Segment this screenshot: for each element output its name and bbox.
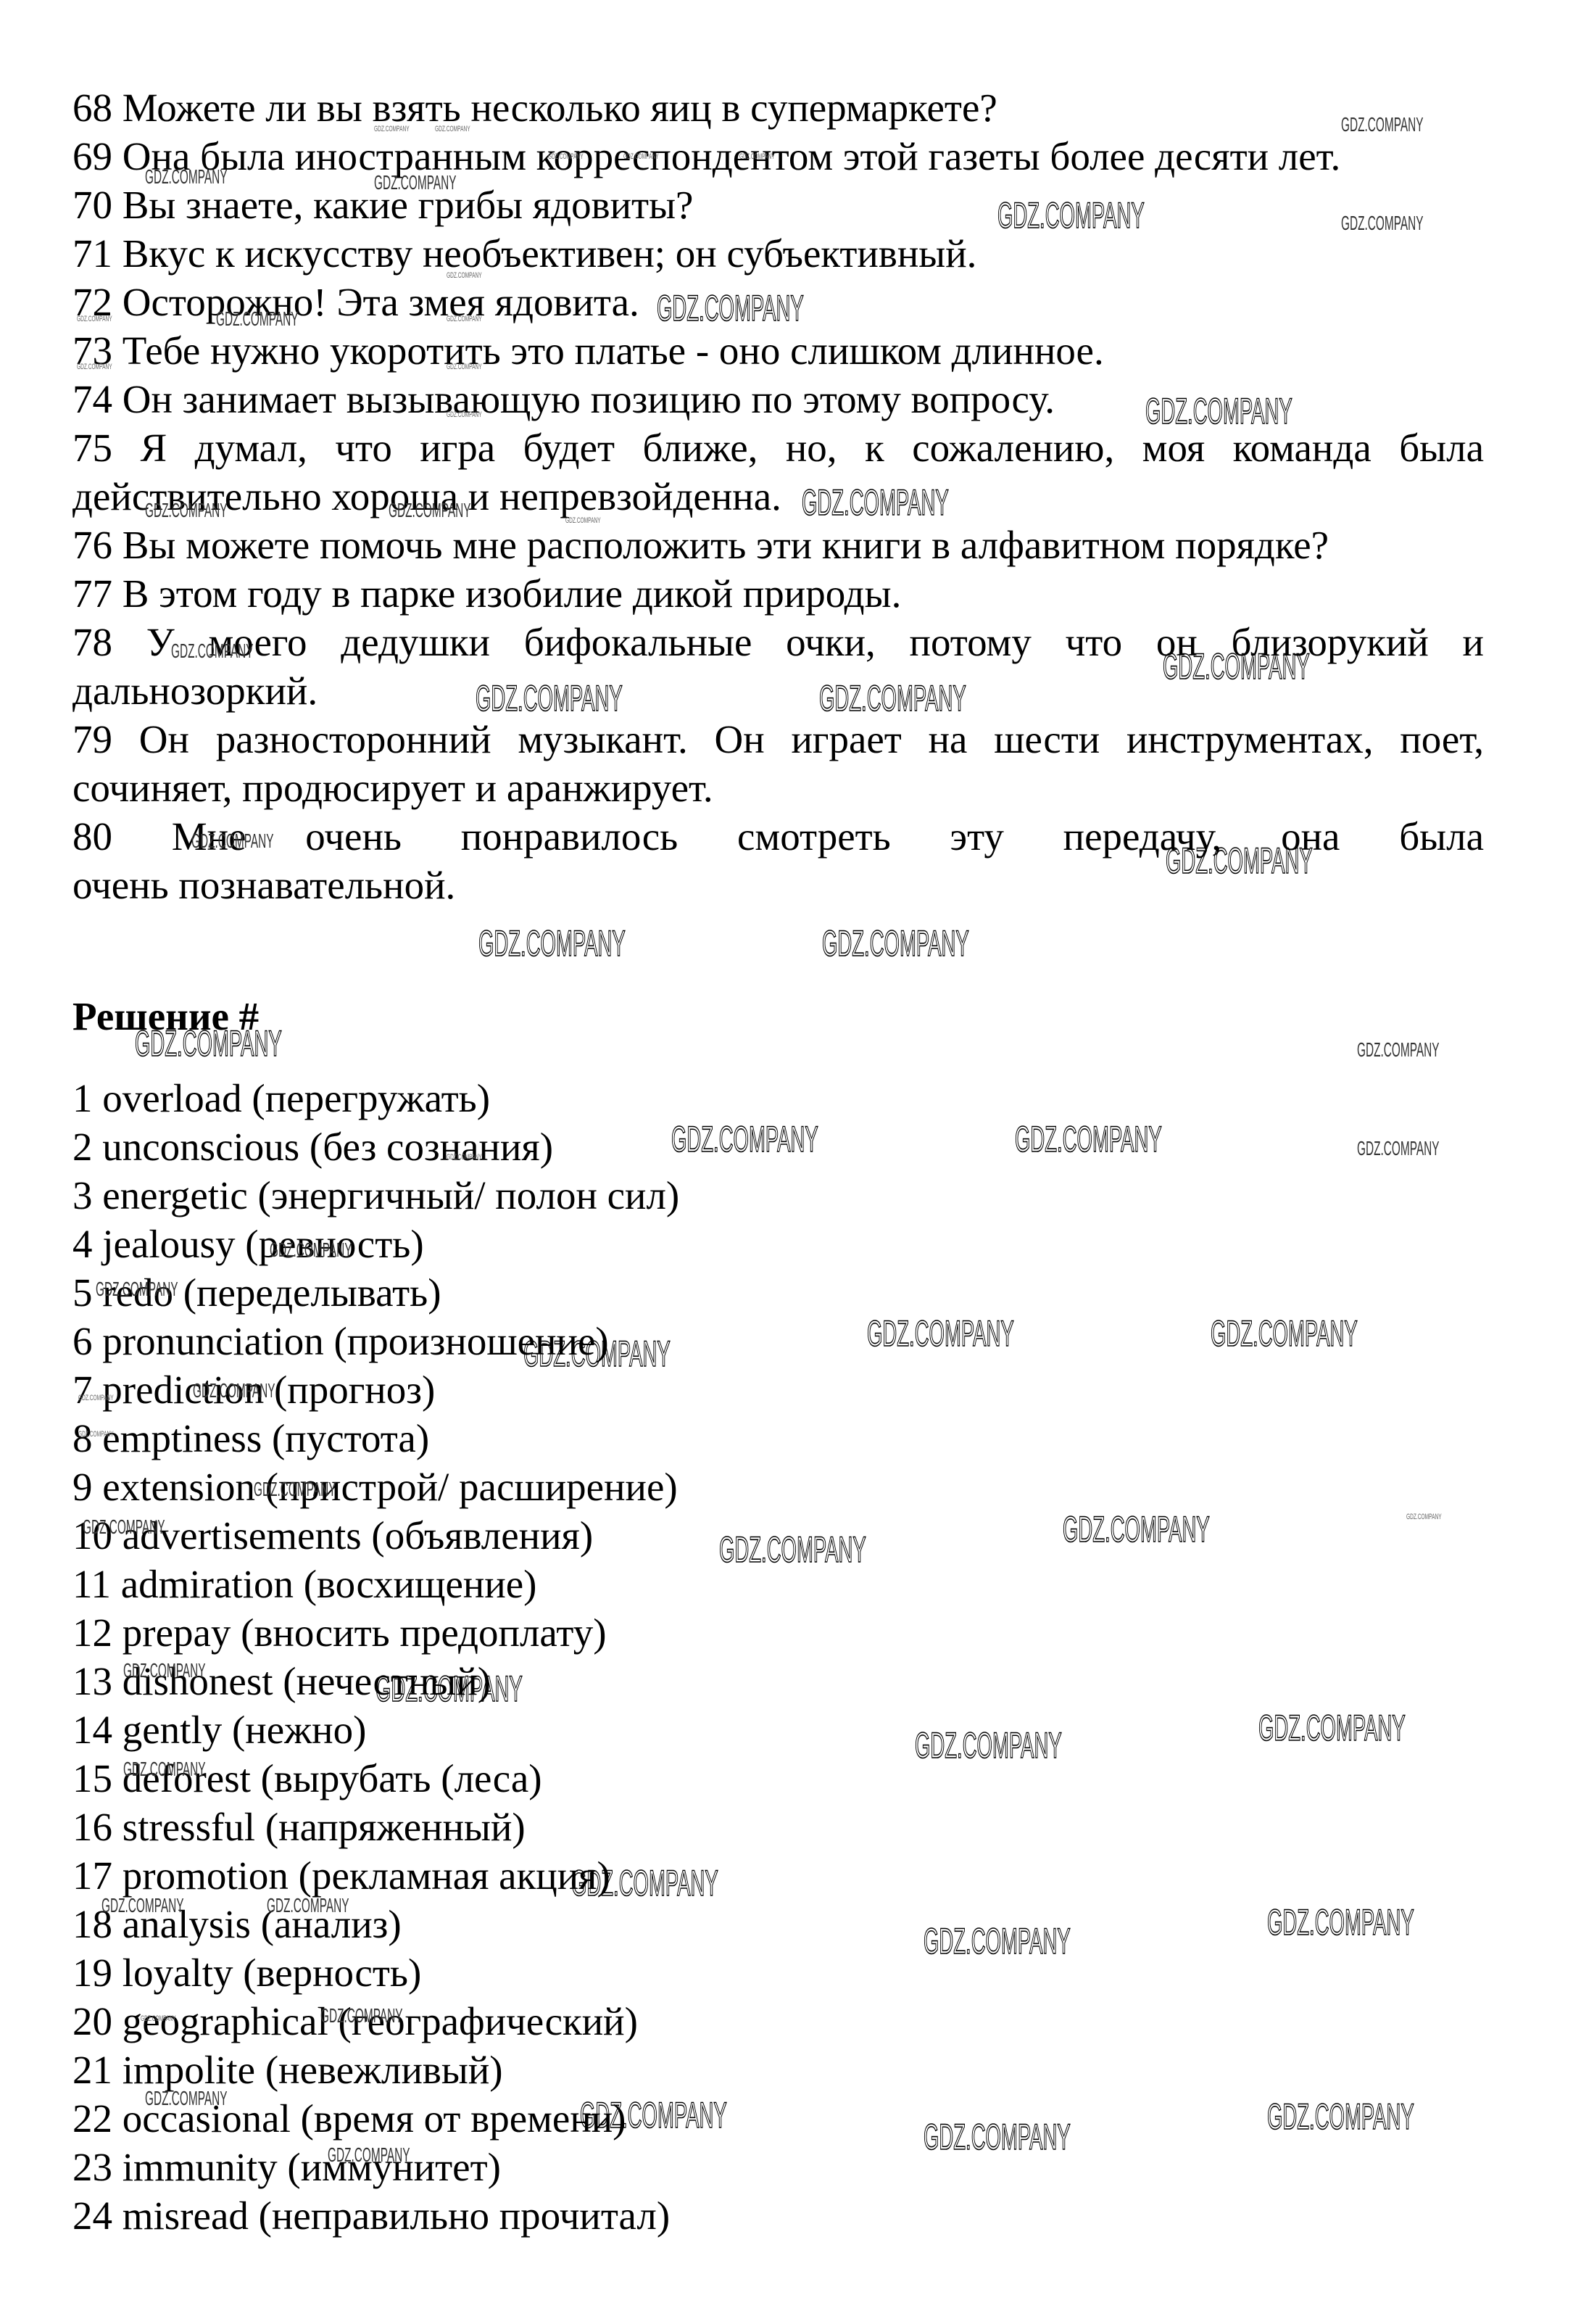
sentence-70: 70 Вы знаете, какие грибы ядовиты? — [72, 181, 1484, 229]
answer-7: 7 prediction (прогноз) — [72, 1365, 1484, 1414]
watermark-small: GDZ.COMPANY — [193, 1379, 275, 1402]
answer-5: 5 redo (переделывать) — [72, 1268, 1484, 1317]
watermark: GDZ.COMPANY — [1258, 1707, 1406, 1749]
watermark-tiny: GDZ.COMPANY — [141, 2014, 176, 2023]
watermark: GDZ.COMPANY — [719, 1529, 866, 1571]
watermark-tiny: GDZ.COMPANY — [77, 315, 112, 323]
watermark: GDZ.COMPANY — [671, 1118, 818, 1160]
watermark-small: GDZ.COMPANY — [1357, 1137, 1440, 1160]
watermark-small: GDZ.COMPANY — [1341, 113, 1424, 136]
watermark-small: GDZ.COMPANY — [328, 2143, 410, 2167]
answer-16: 16 stressful (напряженный) — [72, 1803, 1484, 1851]
answer-20: 20 geographical (географический) — [72, 1997, 1484, 2046]
sentence-69: 69 Она была иностранным корреспондентом … — [72, 132, 1484, 181]
watermark-small: GDZ.COMPANY — [267, 1894, 349, 1917]
answer-21: 21 impolite (невежливый) — [72, 2046, 1484, 2094]
watermark: GDZ.COMPANY — [867, 1312, 1014, 1355]
watermark-tiny: GDZ.COMPANY — [548, 152, 584, 161]
watermark-small: GDZ.COMPANY — [101, 1894, 184, 1917]
watermark: GDZ.COMPANY — [1063, 1508, 1210, 1550]
watermark-small: GDZ.COMPANY — [145, 499, 228, 522]
answer-24: 24 misread (неправильно прочитал) — [72, 2191, 1484, 2240]
watermark-tiny: GDZ.COMPANY — [447, 363, 482, 371]
sentence-73: 73 Тебе нужно укоротить это платье - оно… — [72, 326, 1484, 375]
watermark: GDZ.COMPANY — [571, 1862, 718, 1904]
watermark-small: GDZ.COMPANY — [191, 830, 274, 853]
watermark: GDZ.COMPANY — [1015, 1118, 1162, 1160]
watermark: GDZ.COMPANY — [1163, 645, 1310, 687]
sentence-79-line-1: 79 Он разносторонний музыкант. Он играет… — [72, 715, 1484, 764]
watermark: GDZ.COMPANY — [1166, 840, 1313, 882]
watermark: GDZ.COMPANY — [802, 481, 949, 524]
answer-15: 15 deforest (вырубать (леса) — [72, 1754, 1484, 1803]
watermark: GDZ.COMPANY — [523, 1333, 671, 1375]
answer-12: 12 prepay (вносить предоплату) — [72, 1608, 1484, 1657]
watermark: GDZ.COMPANY — [478, 922, 626, 964]
watermark: GDZ.COMPANY — [1267, 2096, 1414, 2138]
watermark-tiny: GDZ.COMPANY — [447, 410, 482, 419]
watermark-small: GDZ.COMPANY — [389, 499, 471, 522]
answer-13: 13 dishonest (нечестный) — [72, 1657, 1484, 1705]
watermark-small: GDZ.COMPANY — [123, 1659, 206, 1682]
watermark-tiny: GDZ.COMPANY — [623, 152, 659, 161]
watermark: GDZ.COMPANY — [822, 922, 969, 964]
watermark-tiny: GDZ.COMPANY — [447, 315, 482, 323]
answer-19: 19 loyalty (верность) — [72, 1948, 1484, 1997]
watermark-small: GDZ.COMPANY — [145, 2087, 228, 2110]
watermark-small: GDZ.COMPANY — [374, 171, 457, 194]
watermark-small: GDZ.COMPANY — [171, 640, 254, 663]
watermark: GDZ.COMPANY — [135, 1022, 282, 1064]
watermark-small: GDZ.COMPANY — [254, 1478, 336, 1501]
watermark-small: GDZ.COMPANY — [1357, 1038, 1440, 1062]
watermark-small: GDZ.COMPANY — [320, 2004, 403, 2027]
watermark: GDZ.COMPANY — [1211, 1312, 1358, 1355]
watermark: GDZ.COMPANY — [915, 1724, 1062, 1766]
solution-heading: Решение # — [72, 992, 1484, 1041]
watermark-tiny: GDZ.COMPANY — [374, 125, 410, 133]
sentence-77: 77 В этом году в парке изобилие дикой пр… — [72, 569, 1484, 618]
watermark: GDZ.COMPANY — [997, 194, 1145, 236]
watermark: GDZ.COMPANY — [580, 2094, 727, 2136]
watermark-small: GDZ.COMPANY — [123, 1758, 206, 1781]
watermark: GDZ.COMPANY — [1145, 390, 1292, 432]
sentence-76: 76 Вы можете помочь мне расположить эти … — [72, 521, 1484, 569]
watermark-tiny: GDZ.COMPANY — [78, 1394, 114, 1402]
watermark: GDZ.COMPANY — [476, 677, 623, 719]
watermark-small: GDZ.COMPANY — [216, 307, 299, 331]
watermark-small: GDZ.COMPANY — [1341, 212, 1424, 235]
sentence-68: 68 Можете ли вы взять несколько яиц в су… — [72, 83, 1484, 132]
answer-17: 17 promotion (рекламная акция) — [72, 1851, 1484, 1900]
watermark: GDZ.COMPANY — [1267, 1901, 1414, 1943]
watermark: GDZ.COMPANY — [819, 677, 966, 719]
answer-3: 3 energetic (энергичный/ полон сил) — [72, 1171, 1484, 1220]
watermark-tiny: GDZ.COMPANY — [447, 271, 482, 280]
watermark: GDZ.COMPANY — [924, 2116, 1071, 2158]
watermark: GDZ.COMPANY — [657, 287, 804, 329]
watermark-tiny: GDZ.COMPANY — [739, 152, 775, 161]
watermark: GDZ.COMPANY — [924, 1920, 1071, 1962]
answer-8: 8 emptiness (пустота) — [72, 1414, 1484, 1463]
watermark-tiny: GDZ.COMPANY — [447, 1153, 482, 1162]
watermark-tiny: GDZ.COMPANY — [78, 1430, 114, 1439]
document-page: 68 Можете ли вы взять несколько яиц в су… — [0, 0, 1581, 2324]
watermark-small: GDZ.COMPANY — [270, 1238, 352, 1262]
watermark-tiny: GDZ.COMPANY — [1406, 1513, 1442, 1521]
watermark-tiny: GDZ.COMPANY — [435, 125, 470, 133]
watermark-tiny: GDZ.COMPANY — [565, 516, 601, 525]
answer-1: 1 overload (перегружать) — [72, 1074, 1484, 1122]
watermark-small: GDZ.COMPANY — [83, 1515, 165, 1539]
watermark-small: GDZ.COMPANY — [145, 165, 228, 189]
watermark-small: GDZ.COMPANY — [96, 1278, 178, 1301]
watermark: GDZ.COMPANY — [375, 1668, 523, 1710]
answer-23: 23 immunity (иммунитет) — [72, 2143, 1484, 2191]
sentence-71: 71 Вкус к искусству необъективен; он суб… — [72, 229, 1484, 278]
sentence-79-line-2: сочиняет, продюсирует и аранжирует. — [72, 764, 1484, 812]
watermark-tiny: GDZ.COMPANY — [77, 363, 112, 371]
sentence-75-line-2: действительно хороша и непревзойденна. — [72, 472, 1484, 521]
